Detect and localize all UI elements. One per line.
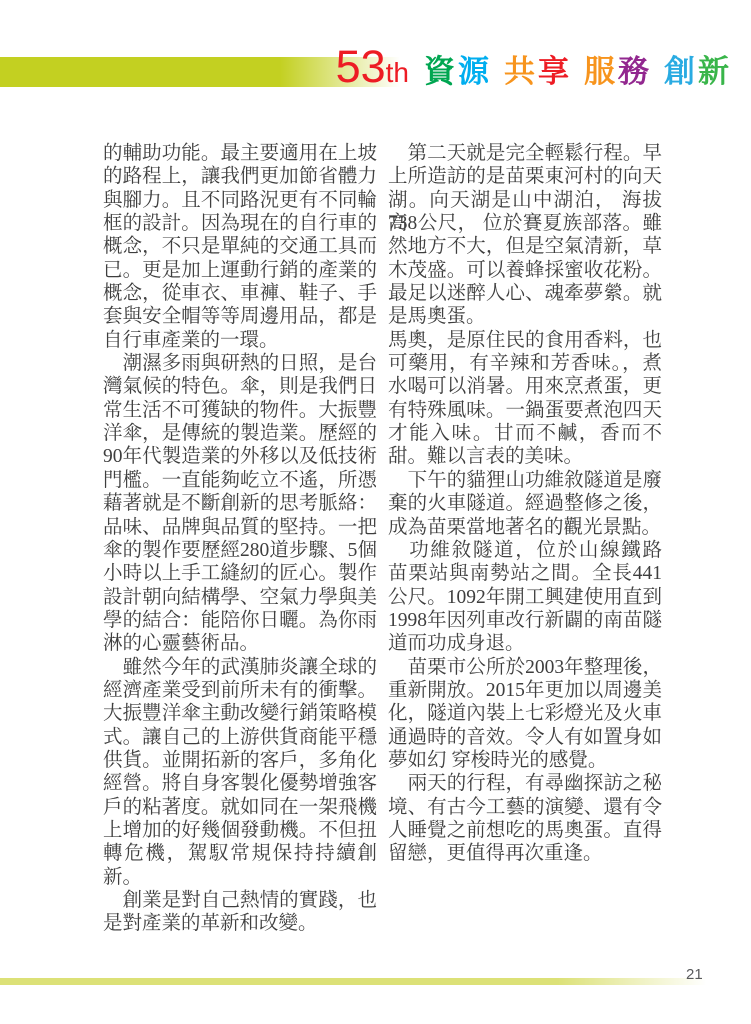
text-line: 概念，從車衣、車褲、鞋子、手 [103,282,377,305]
text-line: 是馬奧蛋。 [388,305,662,328]
text-line: 棄的火車隧道。經過整修之後， [388,492,662,515]
text-line: 然地方不大，但是空氣清新，草 [388,235,662,258]
text-line: 經濟產業受到前所未有的衝擊。 [103,679,377,702]
issue-suffix: th [386,59,409,87]
text-line: 90年代製造業的外移以及低技術 [103,445,377,468]
text-line: 學的結合：能陪你日曬。為你雨 [103,609,377,632]
page-number: 21 [686,966,703,983]
text-line: 功維敘隧道，位於山線鐵路 [388,539,662,562]
text-line: 下午的貓狸山功維敘隧道是廢 [388,469,662,492]
text-line: 門檻。一直能夠屹立不遙，所憑 [103,469,377,492]
text-line: 通過時的音效。令人有如置身如 [388,726,662,749]
text-line: 的路程上，讓我們更加節省體力 [103,165,377,188]
text-line: 道而功成身退。 [388,632,662,655]
text-line: 概念，不只是單純的交通工具而 [103,235,377,258]
text-line: 經營。將自身客製化優勢增強客 [103,772,377,795]
issue-number: 53 [336,44,386,89]
text-line: 自行車產業的一環。 [103,329,377,352]
text-line: 常生活不可獲缺的物件。大振豐 [103,399,377,422]
text-line: 戶的粘著度。就如同在一架飛機 [103,796,377,819]
text-line: 潮濕多雨與研熱的日照，是台 [103,352,377,375]
text-line: 最足以迷醉人心、魂牽夢縈。就 [388,282,662,305]
text-line: 湖。向天湖是山中湖泊， 海拔高 [388,189,662,212]
text-line: 與腳力。且不同路況更有不同輪 [103,189,377,212]
title-char: 共 [504,56,535,87]
text-line: 苗栗市公所於2003年整理後， [388,656,662,679]
text-line: 傘的製作要歷經280道步驟、5個 [103,539,377,562]
magazine-page: 53th資源共享服務創新 的輔助功能。最主要適用在上坡的路程上，讓我們更加節省體… [0,0,751,1024]
text-line: 境、有古今工藝的演變、還有令 [388,796,662,819]
text-line: 新。 [103,866,377,889]
title-char: 創 [664,56,695,87]
text-line: 上增加的好幾個發動機。不但扭 [103,819,377,842]
text-line: 夢如幻 穿梭時光的感覺。 [388,749,662,772]
text-line: 轉危機，駕馭常規保持持續創 [103,842,377,865]
text-line: 灣氣候的特色。傘，則是我們日 [103,375,377,398]
text-line: 已。更是加上運動行銷的產業的 [103,259,377,282]
text-line: 才能入味。甘而不鹹，香而不 [388,422,662,445]
title-char: 務 [618,56,649,87]
header-title: 53th資源共享服務創新 [336,44,729,94]
text-line: 小時以上手工縫紉的匠心。製作 [103,562,377,585]
text-line: 重新開放。2015年更加以周邊美 [388,679,662,702]
text-line: 框的設計。因為現在的自行車的 [103,212,377,235]
text-line: 1998年因列車改行新闢的南苗隧 [388,609,662,632]
text-line: 成為苗栗當地著名的觀光景點。 [388,516,662,539]
text-line: 品味、品牌與品質的堅持。一把 [103,516,377,539]
text-line: 人睡覺之前想吃的馬奧蛋。直得 [388,819,662,842]
text-line: 設計朝向結構學、空氣力學與美 [103,586,377,609]
text-line: 甜。難以言表的美味。 [388,445,662,468]
text-line: 738公尺， 位於賽夏族部落。雖 [388,212,662,235]
text-line: 馬奧，是原住民的食用香料，也 [388,329,662,352]
text-line: 化，隧道內裝上七彩燈光及火車 [388,702,662,725]
text-line: 藉著就是不斷創新的思考脈絡： [103,492,377,515]
text-line: 大振豐洋傘主動改變行銷策略模 [103,702,377,725]
column-left: 的輔助功能。最主要適用在上坡的路程上，讓我們更加節省體力與腳力。且不同路況更有不… [103,142,377,936]
text-line: 淋的心靈藝術品。 [103,632,377,655]
text-line: 公尺。1092年開工興建使用直到 [388,586,662,609]
text-line: 水喝可以消暑。用來烹煮蛋，更 [388,375,662,398]
text-line: 式。讓自己的上游供貨商能平穩 [103,726,377,749]
text-line: 的輔助功能。最主要適用在上坡 [103,142,377,165]
text-line: 有特殊風味。一鍋蛋要煮泡四天 [388,399,662,422]
text-line: 留戀，更值得再次重逢。 [388,842,662,865]
title-char: 源 [458,56,489,87]
title-char: 資 [424,56,455,87]
text-line: 上所造訪的是苗栗東河村的向天 [388,165,662,188]
column-right: 第二天就是完全輕鬆行程。早上所造訪的是苗栗東河村的向天湖。向天湖是山中湖泊， 海… [388,142,662,866]
text-line: 洋傘，是傳統的製造業。歷經的 [103,422,377,445]
text-line: 供貨。並開拓新的客戶，多角化 [103,749,377,772]
text-line: 雖然今年的武漢肺炎讓全球的 [103,656,377,679]
text-line: 是對產業的革新和改變。 [103,912,377,935]
bottom-gradient-bar [0,978,714,985]
title-char: 新 [698,56,729,87]
text-line: 兩天的行程，有尋幽探訪之秘 [388,772,662,795]
text-line: 木茂盛。可以養蜂採蜜收花粉。 [388,259,662,282]
text-line: 套與安全帽等等周邊用品，都是 [103,305,377,328]
text-line: 苗栗站與南勢站之間。全長441 [388,562,662,585]
title-char: 服 [584,56,615,87]
text-line: 第二天就是完全輕鬆行程。早 [388,142,662,165]
text-line: 可藥用，有辛辣和芳香味。，煮 [388,352,662,375]
title-char: 享 [538,56,569,87]
text-line: 創業是對自己熱情的實踐，也 [103,889,377,912]
